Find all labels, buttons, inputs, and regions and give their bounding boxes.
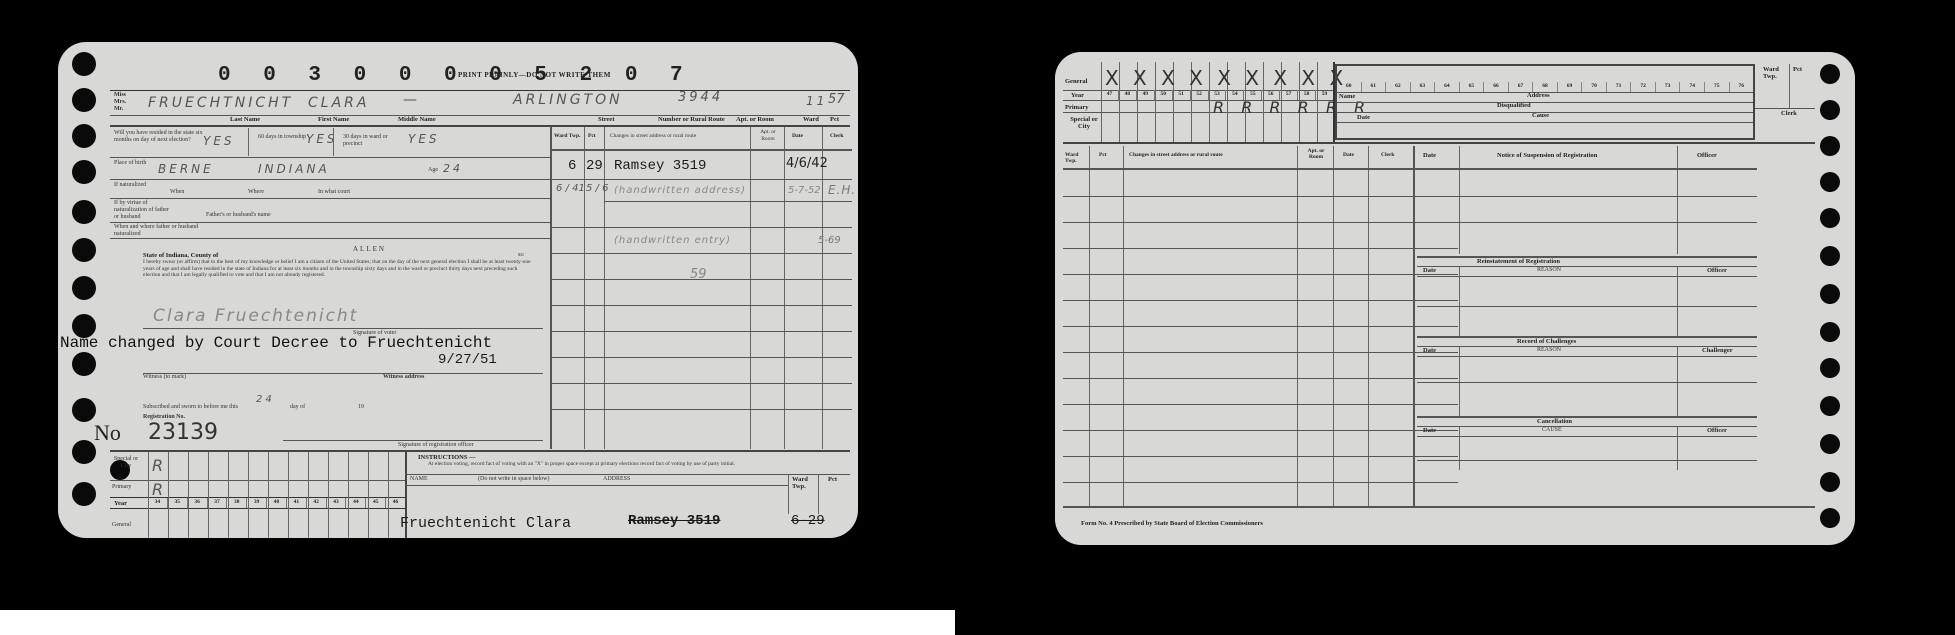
th-officer: Officer xyxy=(1707,267,1727,274)
cell-date: 4/6/42 xyxy=(786,156,828,171)
year-row-right: 60 61 62 63 64 65 66 67 68 69 70 71 72 7… xyxy=(1337,82,1753,92)
th-suspension-notice: Notice of Suspension of Registration xyxy=(1497,152,1597,159)
th-ward: Ward Twp. xyxy=(1065,152,1089,164)
label-day-of: day of xyxy=(290,404,305,411)
label-general: General xyxy=(1065,78,1087,85)
year-cell: 72 xyxy=(1631,82,1656,92)
punch-hole xyxy=(1820,246,1840,266)
label-registration-officer: Signature of registration officer xyxy=(398,442,474,449)
label-note-col: (Do not write in space below) xyxy=(478,476,549,483)
th-cause: CAUSE xyxy=(1542,427,1562,434)
label-apt: Apt. or Room xyxy=(736,116,774,123)
th-challenger: Challenger xyxy=(1702,347,1733,354)
punch-hole xyxy=(1820,136,1840,156)
suspension-section: Date Notice of Suspension of Registratio… xyxy=(1417,146,1757,254)
punch-hole xyxy=(1820,472,1840,492)
label-witness: Witness (to mark) xyxy=(143,374,186,381)
label-street: Street xyxy=(598,116,614,123)
th-date: Date xyxy=(1423,427,1436,434)
year-cell: 67 xyxy=(1509,82,1534,92)
year-cell: 69 xyxy=(1558,82,1583,92)
back-changes-table: Ward Twp. Pct Changes in street address … xyxy=(1063,146,1458,508)
year-cell: 41 xyxy=(287,498,307,508)
year-cell: 39 xyxy=(247,498,267,508)
cell-date: 5-7-52 xyxy=(788,185,821,196)
residency-question-state: Will you have resided in the state six m… xyxy=(114,130,214,144)
street-value: ARLINGTON xyxy=(513,92,623,108)
year-cell: 42 xyxy=(307,498,327,508)
cancellation-section: Cancellation Date CAUSE Officer xyxy=(1417,416,1757,496)
punch-hole xyxy=(1820,172,1840,192)
subscribed-day: 24 xyxy=(256,394,275,405)
year-cell: 52 xyxy=(1191,90,1209,100)
reinstatement-title: Reinstatement of Registration xyxy=(1477,258,1560,265)
label-ward-col: Ward Twp. xyxy=(792,476,816,490)
th-date: Date xyxy=(1423,347,1436,354)
year-cell: 43 xyxy=(327,498,347,508)
punch-hole xyxy=(1820,434,1840,454)
reinstatement-section: Reinstatement of Registration Date REASO… xyxy=(1417,256,1757,336)
year-cell: 45 xyxy=(366,498,386,508)
th-date: Date xyxy=(1423,152,1436,159)
year-cell: 71 xyxy=(1607,82,1632,92)
voter-signature: Clara Fruechtenicht xyxy=(153,306,358,326)
punch-hole xyxy=(72,88,96,112)
label-pct: Pct xyxy=(1793,66,1802,73)
first-name-value: CLARA xyxy=(308,95,369,111)
year-cell: 37 xyxy=(208,498,228,508)
general-vote-marks: X X X X X X X X X xyxy=(1105,66,1347,90)
year-cell: 68 xyxy=(1533,82,1558,92)
year-cell: 38 xyxy=(227,498,247,508)
year-cell: 35 xyxy=(168,498,188,508)
cell-address: (handwritten address) xyxy=(614,185,746,196)
tab-ward-pct: 6-29 xyxy=(791,513,825,529)
front-changes-table: Ward Twp. Pct Changes in street address … xyxy=(550,127,850,449)
house-number-value: 3944 xyxy=(678,90,723,105)
registration-prefix: No xyxy=(94,420,121,446)
registration-number: 23139 xyxy=(148,420,218,445)
th-clerk: Clerk xyxy=(830,133,843,139)
oath-county: ALLEN xyxy=(353,246,386,253)
punch-hole xyxy=(72,482,96,506)
label-disqualified: Disqualified xyxy=(1497,102,1531,109)
year-cell: 76 xyxy=(1730,82,1754,92)
year-cell: 49 xyxy=(1137,90,1155,100)
label-pct: Pct xyxy=(830,116,839,123)
year-cell: 40 xyxy=(267,498,287,508)
year-cell: 73 xyxy=(1656,82,1681,92)
label-naturalized: If naturalized xyxy=(114,182,154,189)
punch-hole xyxy=(72,276,96,300)
label-age: Age xyxy=(428,167,438,174)
label-witness-address: Witness address xyxy=(383,374,424,381)
punch-hole xyxy=(72,440,96,464)
special-vote-mark: R xyxy=(152,456,166,475)
oath-ss: ss: xyxy=(518,252,524,259)
age-value: 24 xyxy=(443,162,463,175)
instructions-text: At election voting, record fact of votin… xyxy=(428,461,838,468)
residency-state-answer: YES xyxy=(203,134,235,148)
instructions-title: INSTRUCTIONS — xyxy=(418,454,476,461)
disqualification-box: Name Date Address Disqualified Cause 60 … xyxy=(1335,64,1755,140)
th-apt: Apt. or Room xyxy=(1301,148,1331,160)
year-cell: 65 xyxy=(1460,82,1485,92)
cell-clerk: 5-69 xyxy=(818,235,841,246)
punch-hole xyxy=(72,238,96,262)
label-year: Year xyxy=(1071,92,1084,99)
year-cell: 64 xyxy=(1435,82,1460,92)
back-voting-grid: General Year Primary Special or City 47 … xyxy=(1063,62,1815,144)
oath-state-line: State of Indiana, County of xyxy=(143,252,218,259)
challenges-title: Record of Challenges xyxy=(1517,338,1576,345)
last-name-value: FRUECHTNICHT xyxy=(148,95,293,111)
residency-ward-answer: YES xyxy=(408,132,440,146)
year-cell: 36 xyxy=(188,498,208,508)
middle-name-value: — xyxy=(403,92,420,108)
birth-city: BERNE xyxy=(158,162,214,176)
label-clerk: Clerk xyxy=(1781,110,1797,117)
label-cause: Cause xyxy=(1532,112,1549,119)
th-reason: REASON xyxy=(1537,267,1561,274)
label-where: Where xyxy=(248,189,264,196)
label-number: Number or Rural Route xyxy=(658,116,725,123)
punch-hole xyxy=(72,160,96,184)
th-changes: Changes in street address or rural route xyxy=(610,133,696,140)
label-special-city: Special or City xyxy=(1067,116,1101,130)
year-cell: 51 xyxy=(1173,90,1191,100)
label-when: When xyxy=(170,189,184,196)
tab-name: Fruechtenicht Clara xyxy=(400,515,571,532)
label-year: 19 xyxy=(358,404,364,411)
pct-value: 57 xyxy=(828,92,845,107)
punch-hole xyxy=(1820,396,1840,416)
th-ward: Ward Twp. xyxy=(554,133,584,139)
th-date: Date xyxy=(1423,267,1436,274)
cell-clerk: E.H. xyxy=(828,183,856,197)
label-address: Address xyxy=(1527,92,1550,99)
front-voting-grid: Special or City Primary Year General R R… xyxy=(110,450,405,538)
title-labels: Miss Mrs. Mr. xyxy=(114,92,134,113)
year-cell: 34 xyxy=(148,498,168,508)
th-clerk: Clerk xyxy=(1381,152,1394,158)
cell-pct: 5 / 6 xyxy=(586,183,608,194)
label-virtue: If by virtue of naturalization of father… xyxy=(114,200,174,221)
year-row: 34 35 36 37 38 39 40 41 42 43 44 45 46 xyxy=(148,498,405,508)
th-pct: Pct xyxy=(588,133,596,139)
year-cell: 74 xyxy=(1680,82,1705,92)
label-general: General xyxy=(112,522,131,529)
oath-text: I hereby swear (or affirm) that to the b… xyxy=(143,259,533,279)
punch-hole xyxy=(1820,508,1840,528)
label-ward: Ward xyxy=(803,116,819,123)
label-pct-col: Pct xyxy=(828,476,837,483)
cell-address: (handwritten entry) xyxy=(614,235,731,246)
subscribed-text: Subscribed and sworn to before me this xyxy=(143,404,238,411)
tab-address: Ramsey 3519 xyxy=(628,513,720,529)
cell-pct: 29 xyxy=(586,158,603,174)
challenges-section: Record of Challenges Date REASON Challen… xyxy=(1417,336,1757,416)
label-year: Year xyxy=(114,500,127,507)
year-cell: 63 xyxy=(1411,82,1436,92)
label-primary: Primary xyxy=(1065,104,1088,111)
label-last-name: Last Name xyxy=(230,116,260,123)
year-cell: 60 xyxy=(1337,82,1362,92)
label-name: Name xyxy=(1339,93,1355,100)
punch-hole xyxy=(72,52,96,76)
cell-ward: 6 / 41 xyxy=(556,183,585,194)
header-note: PRINT PLAINLY—DO NOT WRITE THEM xyxy=(458,71,611,79)
punch-hole xyxy=(1820,322,1840,342)
form-footer: Form No. 4 Prescribed by State Board of … xyxy=(1081,520,1263,527)
cell-ward: 6 xyxy=(568,158,576,174)
th-date: Date xyxy=(1343,152,1354,158)
punch-hole xyxy=(1820,100,1840,120)
year-cell: 70 xyxy=(1582,82,1607,92)
scan-margin xyxy=(0,610,955,635)
punch-hole xyxy=(1820,208,1840,228)
label-address-col: ADDRESS xyxy=(603,476,630,483)
label-father-name: Father's or husband's name xyxy=(206,212,271,219)
label-date: Date xyxy=(1357,114,1370,121)
cancellation-title: Cancellation xyxy=(1537,418,1572,425)
punch-hole xyxy=(72,352,96,376)
label-first-name: First Name xyxy=(318,116,349,123)
court-decree-note: Name changed by Court Decree to Fruechte… xyxy=(60,334,492,352)
th-date: Date xyxy=(792,133,803,139)
label-primary: Primary xyxy=(112,484,131,491)
punch-hole xyxy=(72,200,96,224)
punch-hole xyxy=(72,124,96,148)
th-reason: REASON xyxy=(1537,347,1561,354)
court-decree-date: 9/27/51 xyxy=(438,352,497,368)
year-cell: 61 xyxy=(1362,82,1387,92)
voter-registration-card-front: 0 0 3 0 0 0 0 5 2 0 7 PRINT PLAINLY—DO N… xyxy=(58,42,858,538)
label-when-where: When and where father or husband natural… xyxy=(114,224,209,238)
voter-registration-card-back: General Year Primary Special or City 47 … xyxy=(1055,52,1855,545)
residency-question-ward: 30 days in ward or precinct xyxy=(343,134,408,148)
year-cell: 66 xyxy=(1484,82,1509,92)
serial-number: 0 0 3 0 0 0 0 5 2 0 7 xyxy=(218,64,693,87)
punch-hole xyxy=(1820,284,1840,304)
th-pct: Pct xyxy=(1099,152,1107,158)
punch-hole xyxy=(72,398,96,422)
punch-hole xyxy=(1820,64,1840,84)
year-cell: 44 xyxy=(346,498,366,508)
label-special-city: Special or City xyxy=(112,456,140,470)
birth-state: INDIANA xyxy=(258,162,330,176)
year-cell: 75 xyxy=(1705,82,1730,92)
label-court: In what court xyxy=(318,189,350,196)
year-cell: 47 xyxy=(1101,90,1119,100)
th-apt: Apt. or Room xyxy=(754,129,782,143)
residency-question-township: 60 days in township xyxy=(258,134,313,141)
label-middle-name: Middle Name xyxy=(398,116,436,123)
th-officer: Officer xyxy=(1697,152,1717,159)
th-changes: Changes in street address or rural route xyxy=(1129,152,1223,158)
label-name-col: NAME xyxy=(410,476,428,483)
punch-hole xyxy=(1820,358,1840,378)
cell-address: Ramsey 3519 xyxy=(614,158,706,174)
year-cell: 48 xyxy=(1119,90,1137,100)
ward-value: 11 xyxy=(806,94,827,108)
year-cell: 62 xyxy=(1386,82,1411,92)
th-officer: Officer xyxy=(1707,427,1727,434)
label-place-of-birth: Place of birth xyxy=(114,160,154,167)
year-cell: 50 xyxy=(1155,90,1173,100)
